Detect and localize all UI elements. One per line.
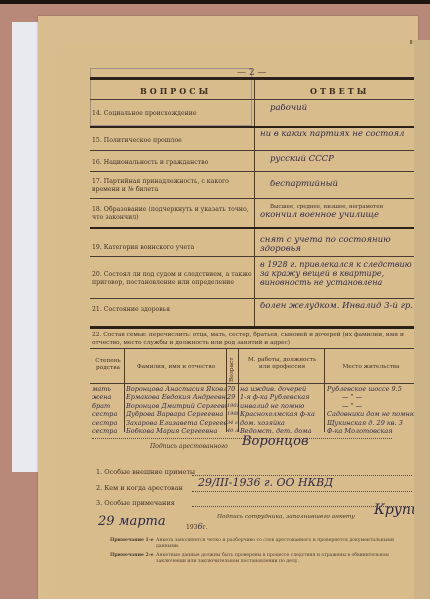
rule	[90, 99, 414, 100]
answer-18: окончил военное училище	[260, 211, 420, 220]
education-options: Высшее, среднее, низшее, неграмотен	[270, 204, 383, 210]
year-prefix: 1936г.	[186, 522, 208, 531]
column-divider	[124, 348, 125, 432]
rule	[90, 171, 414, 172]
col-header-name: Фамилия, имя и отчество	[126, 364, 226, 371]
officer-signature-label: Подпись сотрудника, заполнившего анкету	[217, 514, 355, 520]
fill-date: 29 марта	[98, 514, 166, 529]
col-header-work: М. работы, должность или профессия	[242, 357, 322, 371]
questions-header: ВОПРОСЫ	[140, 86, 211, 96]
field-value-arrested-by: 29/III-1936 г. ОО НКВД	[198, 476, 333, 489]
rule	[90, 256, 414, 257]
answer-19: снят с учета по состоянию здоровья	[260, 236, 420, 254]
rule	[90, 348, 414, 349]
answer-14: рабочий	[270, 104, 430, 113]
question-14: 14. Социальное происхождение	[92, 110, 252, 118]
answer-15: ни в каких партиях не состоял	[260, 130, 410, 139]
question-21: 21. Состояние здоровья	[92, 306, 252, 314]
answer-20: в 1928 г. привлекался к следствию за кра…	[260, 260, 418, 287]
field-label-notes: 3. Особые примечания	[96, 499, 175, 507]
col-header-relation: Степень родства	[92, 358, 124, 372]
rule	[90, 150, 414, 151]
rule	[90, 326, 414, 329]
question-20: 20. Состоял ли под судом и следствием, а…	[92, 271, 252, 286]
signature-arrested: Воронцов	[242, 434, 309, 449]
question-15: 15. Политическое прошлое	[92, 137, 252, 145]
col-header-residence: Место жительства	[327, 364, 415, 371]
rule	[90, 126, 414, 128]
column-divider	[324, 348, 325, 432]
column-divider	[254, 298, 255, 326]
answers-header: ОТВЕТЫ	[310, 86, 369, 96]
note-1-label: Примечание 1-е	[110, 538, 154, 544]
questionnaire-page: — 2 — ВОПРОСЫ ОТВЕТЫ 14. Социальное прои…	[52, 44, 414, 599]
note-1-text: Анкета заполняется четко и разборчиво со…	[156, 538, 411, 549]
question-17: 17. Партийная принадлежность, с какого в…	[92, 178, 252, 193]
year-prefix-text: 193	[186, 524, 197, 531]
note-2-label: Примечание 2-е	[110, 553, 154, 559]
field-label-features: 1. Особые внешние приметы	[96, 468, 195, 476]
rule	[90, 383, 414, 384]
signature-arrested-label: Подпись арестованного	[150, 443, 228, 450]
answer-17: беспартийный	[270, 180, 430, 189]
note-2-text: Анкетные данные должны быть проверены в …	[156, 553, 411, 564]
field-label-arrested-by: 2. Кем и когда арестован	[96, 484, 183, 492]
year-g: г.	[203, 524, 208, 531]
answer-21: болен желудком. Инвалид 3-й гр.	[260, 302, 420, 311]
question-18: 18. Образование (подчеркнуть и указать т…	[92, 206, 252, 221]
col-header-age: Возраст	[229, 357, 235, 382]
paper-edge	[12, 22, 40, 472]
rule	[90, 298, 414, 299]
family-prompt: 22. Состав семьи: перечислить: отца, мат…	[92, 332, 414, 347]
question-16: 16. Национальность и гражданство	[92, 159, 252, 167]
question-19: 19. Категория воинского учета	[92, 244, 252, 252]
field-line	[192, 491, 412, 492]
rule	[90, 198, 414, 199]
rule	[90, 77, 414, 80]
rule	[90, 227, 414, 229]
column-divider	[254, 80, 255, 298]
answer-16: русский СССР	[270, 155, 430, 164]
